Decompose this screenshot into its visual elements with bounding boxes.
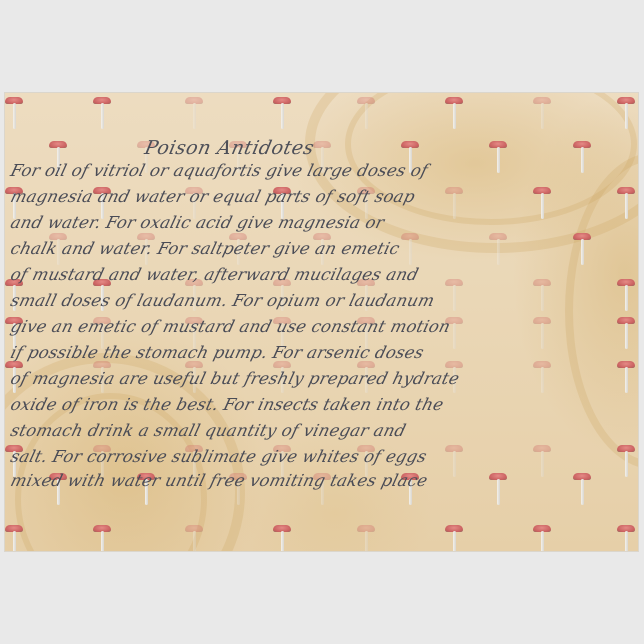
text-line: magnesia and water or equal parts of sof… bbox=[9, 187, 417, 206]
text-line: small doses of laudanum. For opium or la… bbox=[9, 291, 437, 310]
text-line: For oil of vitriol or aquafortis give la… bbox=[9, 161, 430, 180]
text-line: oxide of iron is the best. For insects t… bbox=[9, 395, 446, 414]
text-line: salt. For corrosive sublimate give white… bbox=[9, 447, 429, 466]
text-line: of mustard and water, afterward mucilage… bbox=[9, 265, 421, 284]
document-title: Poison Antidotes bbox=[143, 137, 317, 159]
text-line: if possible the stomach pump. For arseni… bbox=[9, 343, 426, 362]
text-line: of magnesia are useful but freshly prepa… bbox=[9, 369, 462, 388]
handwritten-text: Poison Antidotes For oil of vitriol or a… bbox=[5, 93, 638, 551]
text-line: and water. For oxalic acid give magnesia… bbox=[9, 213, 387, 232]
text-line: give an emetic of mustard and use consta… bbox=[9, 317, 453, 336]
text-line: chalk and water. For saltpeter give an e… bbox=[9, 239, 402, 258]
document-card: Poison Antidotes For oil of vitriol or a… bbox=[5, 93, 638, 551]
text-line: mixed with water until free vomiting tak… bbox=[9, 471, 430, 490]
text-line: stomach drink a small quantity of vinega… bbox=[9, 421, 408, 440]
